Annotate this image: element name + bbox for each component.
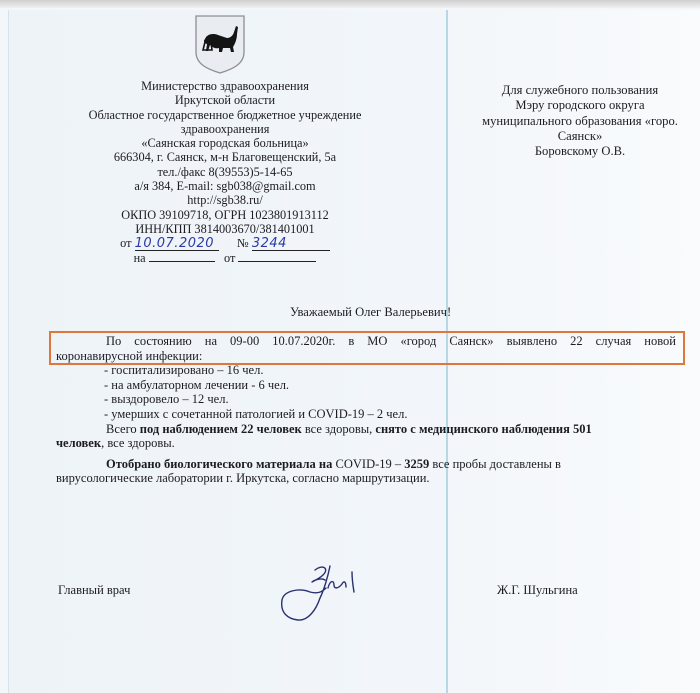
case-list: - госпитализировано – 16 чел. - на амбул… xyxy=(104,363,676,421)
sender-line: http://sgb38.ru/ xyxy=(70,193,380,207)
recipient-line: Боровскому О.В. xyxy=(470,144,690,159)
recipient-line: муниципального образования «горо. xyxy=(470,114,690,129)
recipient-line: Саянск» xyxy=(470,129,690,144)
sender-line: ОКПО 39109718, ОГРН 1023801913112 xyxy=(70,208,380,222)
handwritten-signature-icon xyxy=(278,558,378,628)
number-label: № xyxy=(237,236,249,250)
sender-line: ИНН/КПП 3814003670/381401001 xyxy=(70,222,380,236)
sender-line: «Саянская городская больница» xyxy=(70,136,380,150)
signer-name: Ж.Г. Шульгина xyxy=(497,583,578,598)
status-line-2: коронавирусной инфекции: xyxy=(56,349,676,364)
recipient-block: Для служебного пользования Мэру городско… xyxy=(470,83,690,159)
letter-body: По состоянию на 09-00 10.07.2020г. в МО … xyxy=(84,334,676,486)
observation-paragraph: Всего под наблюдением 22 человек все здо… xyxy=(84,422,676,451)
recipient-line: Для служебного пользования xyxy=(470,83,690,98)
registration-line: от 10.07.2020 № 3244 xyxy=(70,236,380,251)
salutation: Уважаемый Олег Валерьевич! xyxy=(290,305,451,320)
ref-date-label: от xyxy=(224,251,235,265)
ref-number-field xyxy=(149,261,215,262)
signer-title: Главный врач xyxy=(58,583,130,598)
sender-line: Областное государственное бюджетное учре… xyxy=(70,108,380,122)
sender-line: 666304, г. Саянск, м-н Благовещенский, 5… xyxy=(70,150,380,164)
sender-line: а/я 384, E-mail: sgb038@gmail.com xyxy=(70,179,380,193)
registration-date: 10.07.2020 xyxy=(135,237,219,251)
list-item: - умерших с сочетанной патологией и COVI… xyxy=(104,407,676,422)
list-item: - выздоровело – 12 чел. xyxy=(104,392,676,407)
registration-number: 3244 xyxy=(252,237,330,251)
reference-line: на от xyxy=(70,251,380,265)
ref-date-field xyxy=(238,261,316,262)
list-item: - на амбулаторном лечении - 6 чел. xyxy=(104,378,676,393)
ref-label: на xyxy=(134,251,146,265)
status-line-1: По состоянию на 09-00 10.07.2020г. в МО … xyxy=(84,334,676,349)
window-top-bar xyxy=(0,0,700,8)
sender-block: Министерство здравоохранения Иркутской о… xyxy=(70,79,380,266)
samples-paragraph: Отобрано биологического материала на COV… xyxy=(84,457,676,486)
recipient-line: Мэру городского округа xyxy=(470,98,690,113)
sender-line: здравоохранения xyxy=(70,122,380,136)
sender-line: Иркутской области xyxy=(70,93,380,107)
sender-line: Министерство здравоохранения xyxy=(70,79,380,93)
date-label: от xyxy=(120,236,131,250)
irkutsk-coat-of-arms-icon xyxy=(193,14,247,74)
status-paragraph: По состоянию на 09-00 10.07.2020г. в МО … xyxy=(84,334,676,363)
list-item: - госпитализировано – 16 чел. xyxy=(104,363,676,378)
sender-line: тел./факс 8(39553)5-14-65 xyxy=(70,165,380,179)
